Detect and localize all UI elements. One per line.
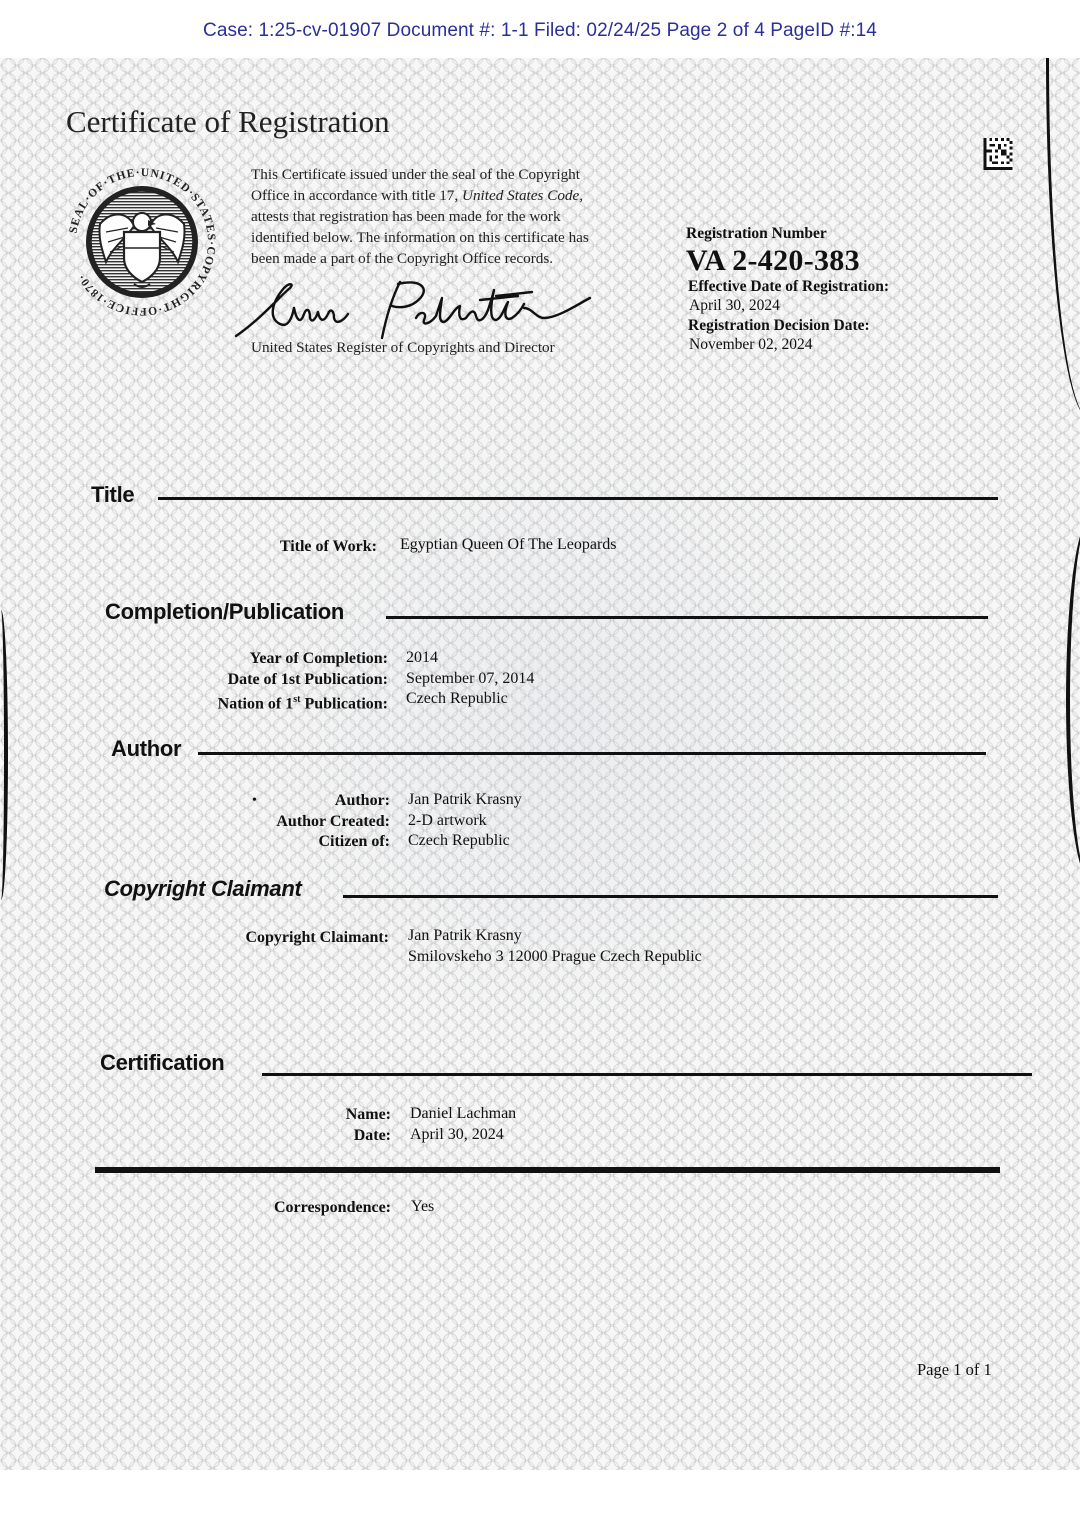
decision-date: November 02, 2024 — [689, 335, 889, 355]
author-bullet: • — [252, 793, 257, 809]
completion-values: 2014 September 07, 2014 Czech Republic — [406, 648, 534, 710]
completion-labels: Year of Completion: Date of 1st Publicat… — [218, 649, 388, 711]
effective-date-label: Effective Date of Registration: — [688, 277, 889, 296]
claimant-name: Jan Patrik Krasny — [408, 926, 702, 947]
section-rule — [262, 1073, 1032, 1076]
section-heading-claimant: Copyright Claimant — [104, 876, 302, 902]
section-rule — [158, 497, 998, 500]
case-filing-header: Case: 1:25-cv-01907 Document #: 1-1 File… — [0, 20, 1080, 42]
title-of-work-label: Title of Work: — [280, 537, 377, 558]
certification-date-label: Date: — [346, 1126, 391, 1147]
citizen-of-value: Czech Republic — [408, 831, 522, 852]
registration-number-label: Registration Number — [686, 225, 889, 243]
certificate-title: Certificate of Registration — [66, 104, 390, 140]
registration-number: VA 2-420-383 — [686, 245, 889, 277]
author-created-label: Author Created: — [276, 812, 390, 833]
effective-date: April 30, 2024 — [689, 296, 889, 316]
year-of-completion-label: Year of Completion: — [218, 649, 388, 670]
certification-values: Daniel Lachman April 30, 2024 — [410, 1104, 516, 1145]
datamatrix-barcode-icon — [983, 138, 1013, 170]
decision-date-label: Registration Decision Date: — [688, 316, 889, 335]
author-value: Jan Patrik Krasny — [408, 790, 522, 811]
author-labels: Author: Author Created: Citizen of: — [276, 791, 390, 853]
author-values: Jan Patrik Krasny 2-D artwork Czech Repu… — [408, 790, 522, 852]
registration-block: Registration Number VA 2-420-383 Effecti… — [686, 225, 889, 355]
certification-labels: Name: Date: — [346, 1105, 391, 1146]
section-heading-completion: Completion/Publication — [105, 599, 344, 625]
citizen-of-label: Citizen of: — [276, 832, 390, 853]
heavy-divider — [95, 1167, 1000, 1173]
section-rule — [386, 616, 988, 619]
title-of-work-value: Egyptian Queen Of The Leopards — [400, 535, 617, 556]
register-signature-icon — [232, 278, 592, 340]
nation-of-publication-value: Czech Republic — [406, 689, 534, 710]
section-rule — [198, 752, 986, 755]
certification-date-value: April 30, 2024 — [410, 1125, 516, 1146]
correspondence-value: Yes — [411, 1197, 434, 1218]
copyright-claimant-label: Copyright Claimant: — [245, 928, 389, 949]
claimant-address: Smilovskeho 3 12000 Prague Czech Republi… — [408, 947, 702, 968]
section-heading-title: Title — [91, 482, 134, 508]
date-of-publication-value: September 07, 2014 — [406, 669, 534, 690]
page-number: Page 1 of 1 — [917, 1360, 992, 1380]
date-of-publication-label: Date of 1st Publication: — [218, 670, 388, 691]
author-label: Author: — [276, 791, 390, 812]
signature-caption: United States Register of Copyrights and… — [251, 339, 555, 357]
certification-name-label: Name: — [346, 1105, 391, 1126]
certificate-intro: This Certificate issued under the seal o… — [251, 164, 651, 269]
claimant-values: Jan Patrik Krasny Smilovskeho 3 12000 Pr… — [408, 926, 702, 967]
certification-name-value: Daniel Lachman — [410, 1104, 516, 1125]
correspondence-label: Correspondence: — [274, 1198, 391, 1219]
section-heading-certification: Certification — [100, 1050, 224, 1076]
year-of-completion-value: 2014 — [406, 648, 534, 669]
section-heading-author: Author — [111, 736, 181, 762]
section-rule — [343, 895, 998, 898]
copyright-office-seal-icon: SEAL·OF·THE·UNITED·STATES·COPYRIGHT·OFFI… — [62, 162, 222, 322]
nation-of-publication-label: Nation of 1st Publication: — [218, 690, 388, 711]
author-created-value: 2-D artwork — [408, 811, 522, 832]
